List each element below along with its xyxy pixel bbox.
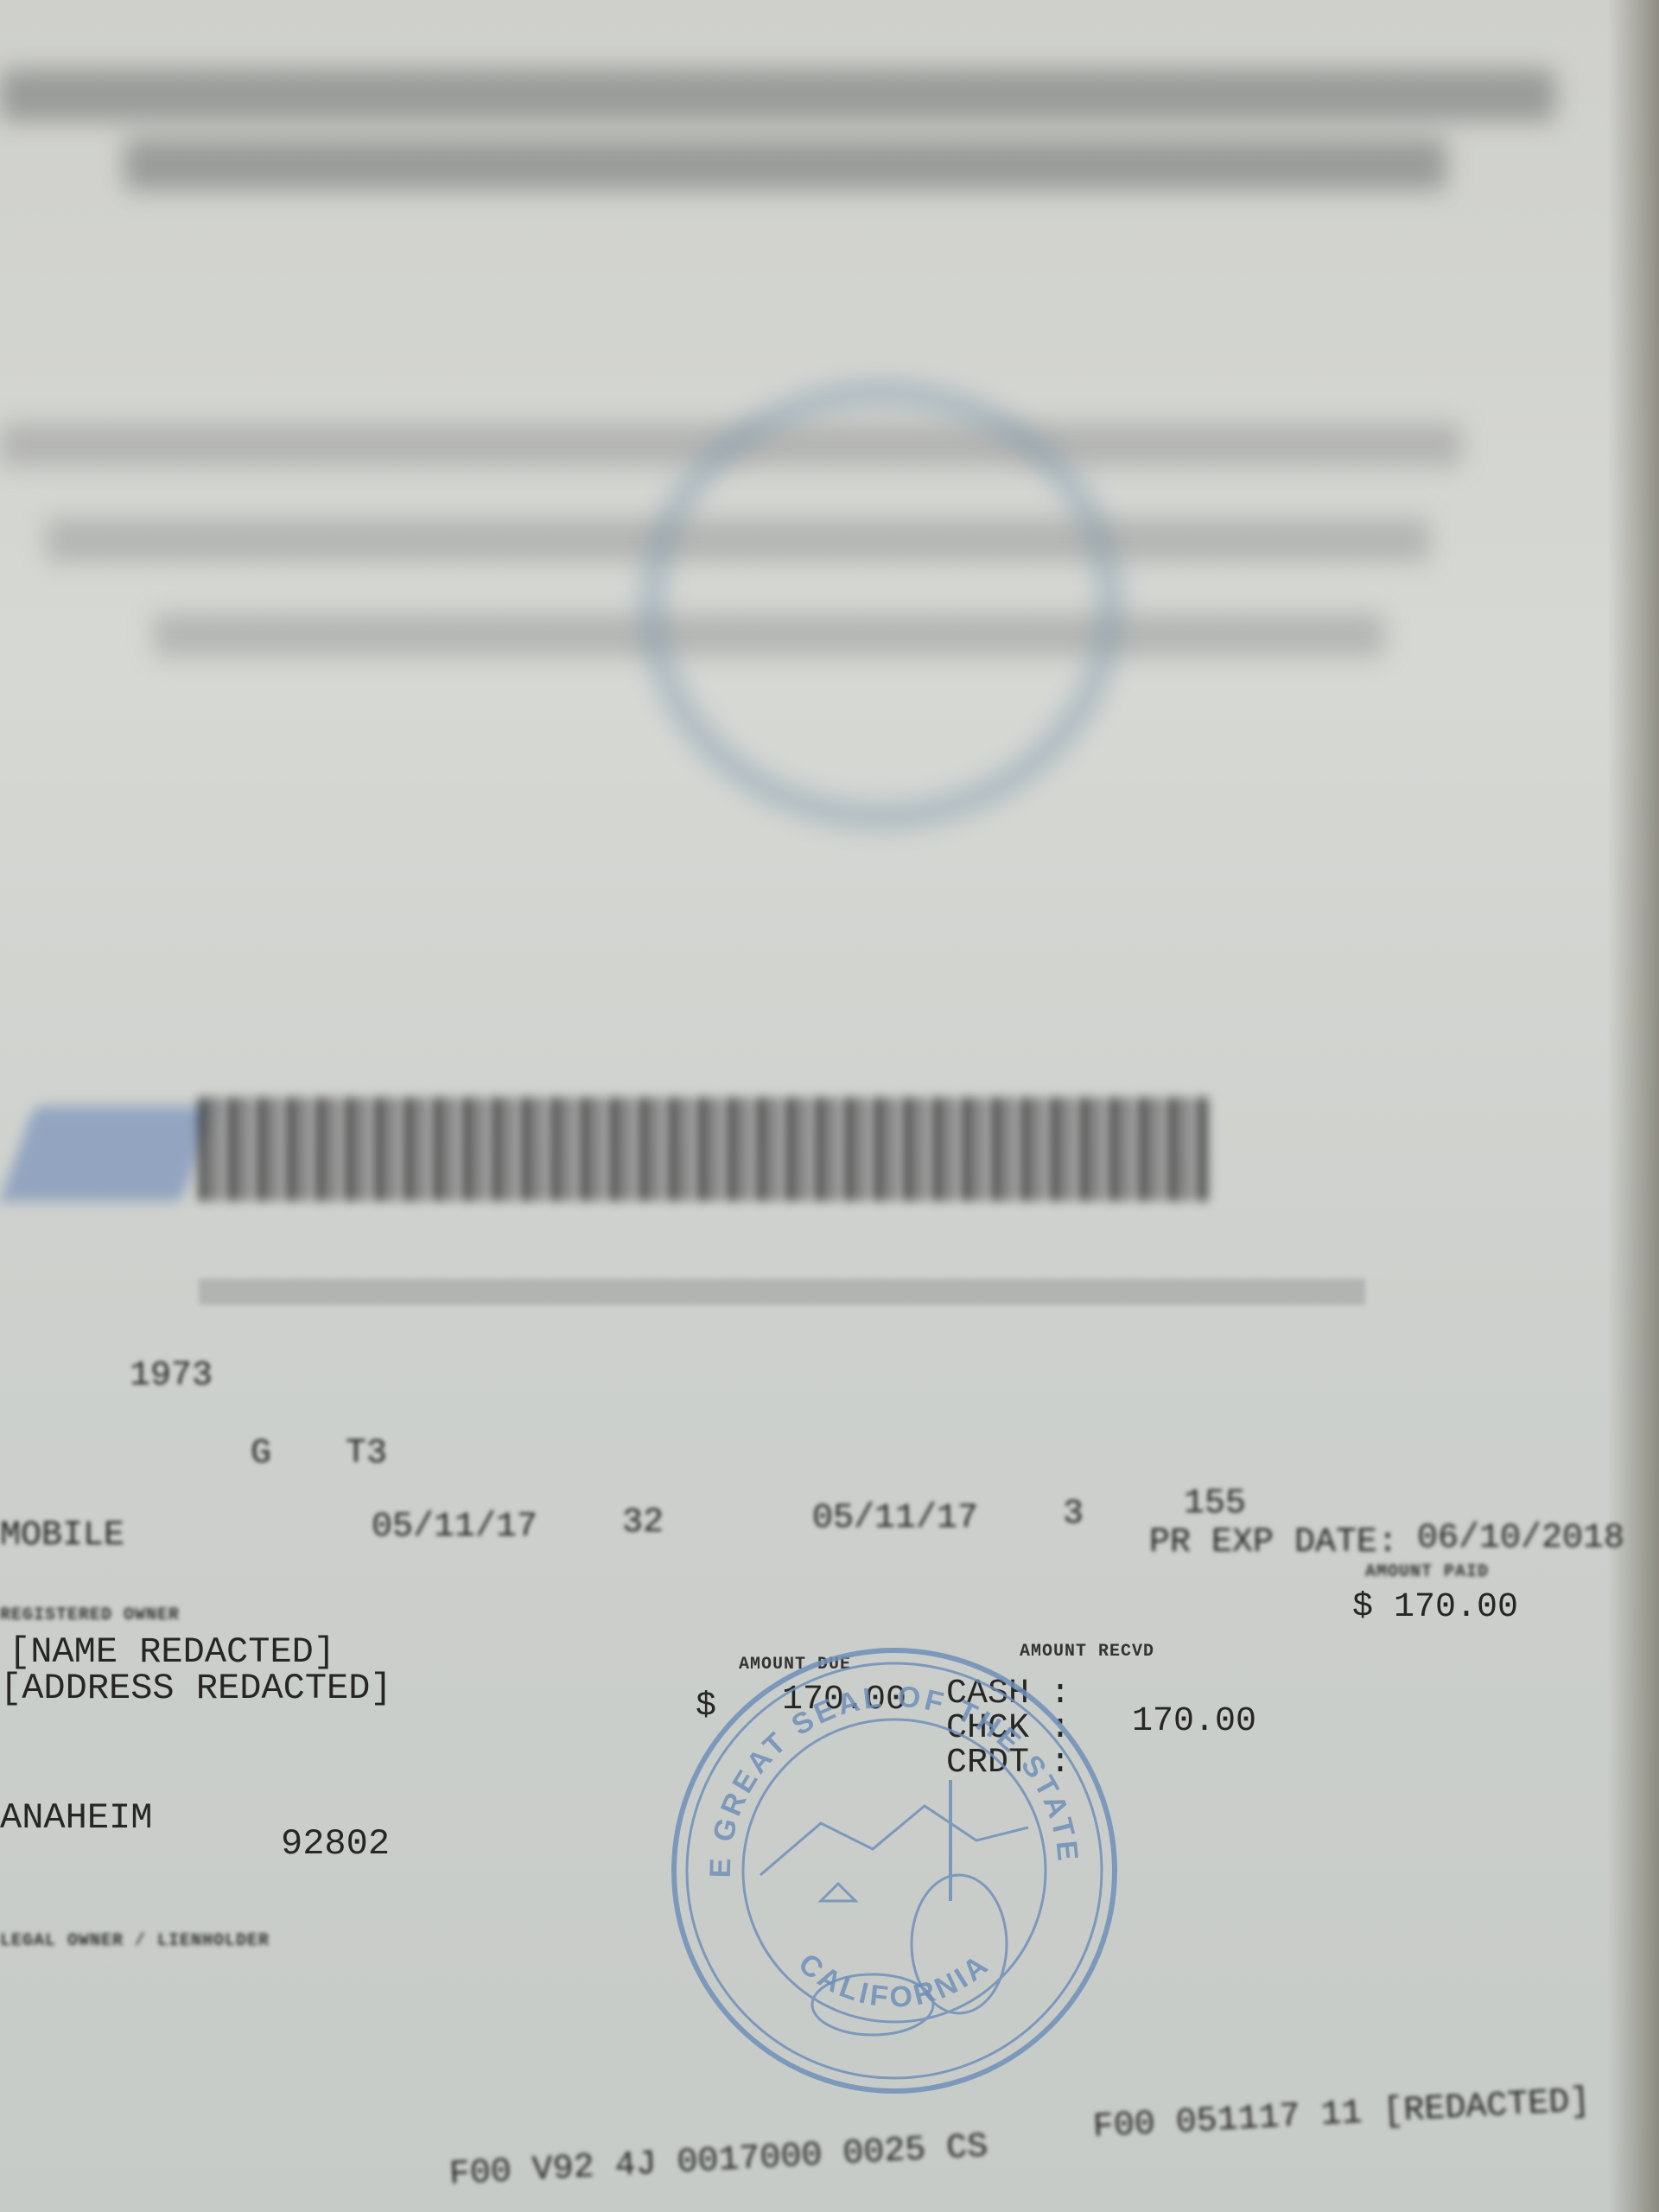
field-c: 3 — [1063, 1495, 1084, 1534]
owner-name: [NAME REDACTED] — [9, 1631, 335, 1673]
owner-city: ANAHEIM — [0, 1797, 152, 1839]
owner-street: [ADDRESS REDACTED] — [0, 1668, 392, 1709]
page-edge-shadow — [1607, 0, 1659, 2212]
amount-paid: $ 170.00 — [1352, 1588, 1518, 1627]
year-model: 1973 — [130, 1357, 213, 1395]
owner-label: REGISTERED OWNER — [0, 1605, 180, 1625]
barcode — [199, 1097, 1210, 1201]
pr-exp-date-label: PR EXP DATE: — [1149, 1523, 1398, 1562]
owner-zip: 92802 — [281, 1823, 390, 1865]
blurred-seal-watermark — [639, 380, 1123, 829]
amount-paid-label: AMOUNT PAID — [1365, 1562, 1489, 1582]
date-issued: 05/11/17 — [372, 1508, 537, 1547]
field-d: 155 — [1184, 1484, 1246, 1523]
blurred-section-title — [199, 1279, 1365, 1305]
footer-code-line-2: F00 051117 11 [REDACTED] — [1092, 2082, 1592, 2147]
svg-text:THE GREAT SEAL OF THE STATE OF: THE GREAT SEAL OF THE STATE OF — [665, 1642, 1084, 1878]
date-b: 05/11/17 — [812, 1499, 978, 1538]
row-value-2: T3 — [346, 1434, 387, 1473]
dmv-logo — [0, 1106, 216, 1201]
footer-code-line-1: F00 V92 4J 0017000 0025 CS — [448, 2127, 989, 2195]
vehicle-class: MOBILE — [0, 1516, 124, 1555]
row-value-1: G — [251, 1434, 271, 1473]
state-seal-icon: THE GREAT SEAL OF THE STATE OF CALIFORNI… — [665, 1642, 1123, 2100]
lienholder-label: LEGAL OWNER / LIENHOLDER — [0, 1931, 270, 1951]
payment-check-amount: 170.00 — [1132, 1702, 1256, 1741]
field-a: 32 — [622, 1503, 664, 1542]
pr-exp-date: 06/10/2018 — [1417, 1519, 1624, 1558]
blurred-header-banner — [0, 52, 1555, 242]
